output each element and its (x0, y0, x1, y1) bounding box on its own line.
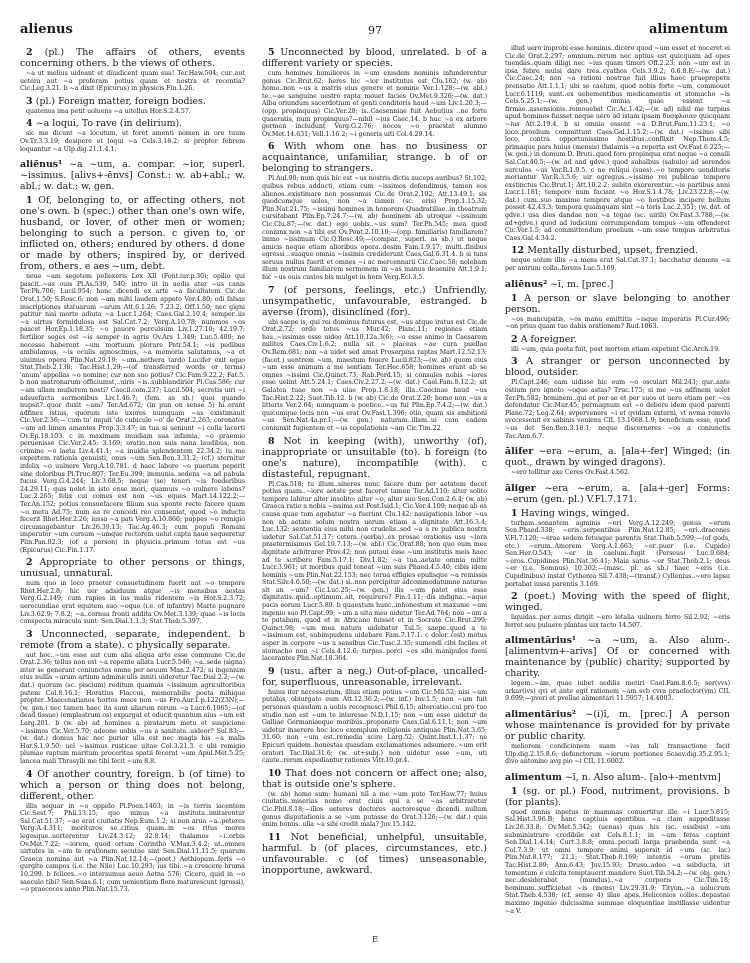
sense-text: That does not concern or affect one; als… (262, 768, 487, 790)
citation-block: Pl.Aul.90; num quis hic est ~us nostris … (262, 175, 487, 281)
citation-block: huius iter necessarium, illius etiam pot… (262, 689, 487, 765)
headword: aliēnus² (505, 279, 547, 290)
entry-headword: aliēnus¹ ~a ~um, a. compar. ~ior, superl… (20, 159, 245, 192)
sense-definition: 1 A person or slave belonging to another… (505, 293, 730, 315)
sense-number: 2 (26, 557, 39, 568)
sense-text: With whom one has no business or acquain… (262, 141, 487, 174)
sense-definition: 3 Unconnected, separate, independent. b … (20, 629, 245, 651)
sense-definition: 3 (pl.) Foreign matter, foreign bodies. (20, 96, 245, 107)
sense-text: Not in keeping (with), unworthy (of), in… (262, 436, 487, 480)
sense-number: 4 (26, 769, 37, 780)
citation-block: ubi saepe is, qui rei dominus futurus es… (262, 319, 487, 433)
sense-number: 3 (26, 96, 36, 107)
sense-definition: 10 That does not concern or affect one; … (262, 768, 487, 790)
sense-number: 7 (268, 285, 284, 296)
citation-block: quatenus ima petit uoluens ~a uitellus H… (20, 108, 245, 116)
sense-definition: 7 (of persons, feelings, etc.) Unfriendl… (262, 285, 487, 318)
sense-text: A foreigner. (521, 334, 577, 345)
running-head-right: alimentum (649, 22, 728, 37)
entry-headword: aliēnus² ~ī, m. [prec.] (505, 279, 730, 290)
citation-block: ~os mancupatis, ~os manu emittitis ~isqu… (505, 316, 730, 331)
sense-text: (of persons, feelings, etc.) Unfriendly,… (262, 285, 487, 318)
sense-number: 1 (26, 195, 38, 206)
column-left: 2 (pl.) The affairs of others, events co… (20, 44, 245, 897)
entry-headword: āliger ~era ~erum, a. [ala+-ger] Forms: … (505, 483, 730, 505)
citation-block: Pl.Cas.518; tu illum..sineres nunc facer… (262, 481, 487, 663)
sense-number: 5 (268, 47, 280, 58)
citation-block: sic me dicunt ~a locutum, ut foret ament… (20, 130, 245, 153)
sense-text: (sg. or pl.) Food, nutriment, provisions… (505, 786, 730, 808)
sense-text: A stranger or person unconnected by bloo… (505, 356, 730, 378)
sense-definition: 9 (usu. after a neg.) Out-of-place, unca… (262, 666, 487, 688)
citation-block: num quo in loco praeter consuetudinem fu… (20, 580, 245, 626)
sense-number: 1 (511, 786, 523, 797)
sense-text: Mentally disturbed, upset, frenzied. (527, 245, 698, 256)
sense-definition: 2 (pl.) The affairs of others, events co… (20, 47, 245, 69)
citation-block: quod omnis inpetus in mammas conuertitur… (505, 809, 730, 915)
sense-number: 1 (511, 508, 521, 519)
headword-grammar: ~ī, m. [prec.] (547, 279, 613, 290)
sense-text: Of, belonging to, or affecting others, n… (20, 195, 245, 272)
sense-text: Unconnected by blood, unrelated. b of a … (262, 47, 487, 69)
headword-grammar: ~era ~erum, a. [ala+-fer] Winged; (in qu… (505, 446, 730, 468)
sense-text: Not beneficial, unhelpful, unsuitable, h… (262, 832, 487, 876)
sense-definition: 2 (poet.) Moving with the speed of fligh… (505, 591, 730, 613)
headword: alimentum (505, 772, 562, 783)
sense-number: 8 (268, 436, 283, 447)
sense-number: 11 (268, 832, 291, 843)
sense-text: (usu. after a neg.) Out-of-place, uncall… (262, 666, 487, 688)
sense-definition: 12 Mentally disturbed, upset, frenzied. (505, 245, 730, 256)
citation-block: illud uero improbi esse hominis..dicere … (505, 45, 730, 242)
sense-definition: 5 Unconnected by blood, unrelated. b of … (262, 47, 487, 69)
citation-block: illis sequar in ~o oppido Pl.Poen.1403; … (20, 803, 245, 894)
sense-text: (pl.) Foreign matter, foreign bodies. (36, 96, 206, 107)
sense-definition: 8 Not in keeping (with), unworthy (of), … (262, 436, 487, 480)
sense-number: 3 (511, 356, 526, 367)
sense-number: 10 (268, 768, 285, 779)
headword: aliēnus¹ (20, 159, 62, 170)
footer-signature: E (0, 935, 750, 944)
citation-block: turbam..sonantem agminis ~eri Verg.A.12.… (505, 520, 730, 588)
entry-headword: alimentārius¹ ~a ~um, a. Also alum-. [al… (505, 635, 730, 679)
headword: ālifer (505, 446, 533, 457)
page-number: 97 (0, 24, 750, 37)
sense-definition: 11 Not beneficial, unhelpful, unsuitable… (262, 832, 487, 876)
headword-grammar: ~era ~erum, a. [ala+-ger] Forms: ~erum (… (505, 483, 730, 505)
sense-number: 12 (511, 245, 527, 256)
citation-block: Pl.Capt.246; eam uidisse hic eum ~o oscu… (505, 379, 730, 440)
sense-number: 2 (511, 591, 524, 602)
entry-headword: alimentārius² ~(i)ī, m. [prec.] A person… (505, 709, 730, 742)
sense-text: Of another country, foreign. b (of time)… (20, 769, 245, 802)
citation-block: legem..~am, quae iubet aedilis metiri Ca… (505, 680, 730, 703)
sense-text: A person or slave belonging to another p… (505, 293, 730, 315)
citation-block: aut hoc..~um esse aut cum alia aliqua ar… (20, 652, 245, 766)
sense-definition: 2 Appropriate to other persons or things… (20, 557, 245, 579)
citation-block: illi ~um, quia poeta fuit, post mortem e… (505, 346, 730, 354)
sense-text: (poet.) Moving with the speed of flight,… (505, 591, 730, 613)
headword-grammar: ~ī, n. Also alum-. [alo+-mentvm] (562, 772, 721, 783)
sense-definition: 1 Of, belonging to, or affecting others,… (20, 195, 245, 272)
sense-definition: 3 A stranger or person unconnected by bl… (505, 356, 730, 378)
sense-number: 9 (268, 666, 280, 677)
sense-number: 3 (26, 629, 41, 640)
sense-definition: 1 (sg. or pl.) Food, nutriment, provisio… (505, 786, 730, 808)
headword: alimentārius¹ (505, 635, 576, 646)
sense-definition: 4 ~a loqui, To rave (in delirium). (20, 118, 245, 129)
sense-text: Unconnected, separate, independent. b re… (20, 629, 245, 651)
sense-number: 2 (26, 47, 45, 58)
sense-definition: 2 A foreigner. (505, 334, 730, 345)
citation-block: neque solum illis ~a mens erat Sal.Cat.3… (505, 257, 730, 272)
headword: alimentārius² (505, 709, 576, 720)
sense-definition: 1 Having wings, winged. (505, 508, 730, 519)
citation-block: meliorem condicionem suam ~ius tali tran… (505, 743, 730, 766)
sense-text: Having wings, winged. (521, 508, 630, 519)
citation-block: ~ero tollitur axe Ceres Ov.Fast.4.562. (505, 469, 730, 477)
sense-number: 2 (511, 334, 521, 345)
citation-block: cum homines humiliores in ~um eiusdem no… (262, 70, 487, 138)
entry-headword: ālifer ~era ~erum, a. [ala+-fer] Winged;… (505, 446, 730, 468)
sense-text: ~a loqui, To rave (in delirium). (36, 118, 182, 129)
sense-number: 4 (26, 118, 36, 129)
citation-block: liquidas..per auras dirigit ~ero letalia… (505, 614, 730, 629)
sense-number: 1 (511, 293, 524, 304)
sense-number: 6 (268, 141, 284, 152)
sense-text: Appropriate to other persons or things, … (20, 557, 245, 579)
column-middle: 5 Unconnected by blood, unrelated. b of … (262, 44, 487, 877)
sense-definition: 4 Of another country, foreign. b (of tim… (20, 769, 245, 802)
headword: āliger (505, 483, 536, 494)
citation-block: (w. ab) homo sum: humani nil a me ~um pu… (262, 791, 487, 829)
citation-block: neue ~am segetem pellexeris Lex XII (Fon… (20, 273, 245, 554)
column-right: illud uero improbi esse hominis..dicere … (505, 44, 730, 918)
sense-text: (pl.) The affairs of others, events conc… (20, 47, 245, 69)
citation-block: ~a ut melius uideant et diiudicent quam … (20, 70, 245, 93)
sense-definition: 6 With whom one has no business or acqua… (262, 141, 487, 174)
entry-headword: alimentum ~ī, n. Also alum-. [alo+-mentv… (505, 772, 730, 783)
